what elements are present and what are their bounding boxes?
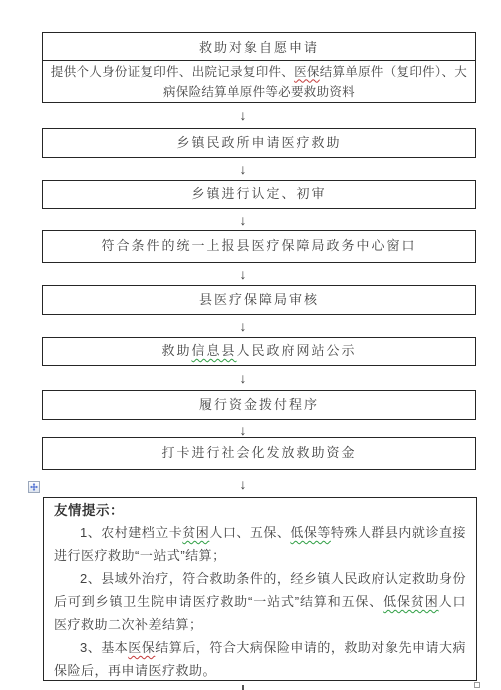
flow-step-text: 符合条件的统一上报县医疗保障局政务中心窗口 (101, 235, 416, 254)
flow-step-text: 救助对象自愿申请 (199, 37, 319, 56)
table-resize-handle[interactable] (474, 682, 480, 688)
flow-step-text: 提供个人身份证复印件、出院记录复印件、医保结算单原件（复印件）、大病保险结算单原… (46, 62, 472, 102)
down-arrow-icon: ↓ (236, 266, 250, 282)
flow-step-table: 救助对象自愿申请 提供个人身份证复印件、出院记录复印件、医保结算单原件（复印件）… (42, 32, 476, 103)
flow-step-county-bureau-audit: 县医疗保障局审核 (42, 285, 476, 315)
flow-step-provide-documents: 提供个人身份证复印件、出院记录复印件、医保结算单原件（复印件）、大病保险结算单原… (43, 61, 475, 102)
document-page: 救助对象自愿申请 提供个人身份证复印件、出院记录复印件、医保结算单原件（复印件）… (0, 0, 501, 690)
down-arrow-icon: ↓ (236, 422, 250, 438)
friendly-tip-item: 1、农村建档立卡贫困人口、五保、低保等特殊人群县内就诊直接进行医疗救助“一站式”… (54, 521, 466, 567)
flow-step-text: 救助信息县人民政府网站公示 (161, 340, 356, 359)
flow-step-report-to-county-bureau-window: 符合条件的统一上报县医疗保障局政务中心窗口 (42, 230, 476, 263)
down-arrow-icon: ↓ (236, 476, 250, 492)
down-arrow-icon: ↓ (236, 370, 250, 386)
flow-step-socialized-fund-distribution: 打卡进行社会化发放救助资金 (42, 437, 476, 470)
flow-step-voluntary-application: 救助对象自愿申请 (43, 33, 475, 61)
four-direction-arrow-icon (30, 483, 38, 491)
flow-step-township-review: 乡镇进行认定、初审 (42, 180, 476, 209)
flow-step-text: 履行资金拨付程序 (199, 394, 319, 413)
friendly-tip-item: 3、基本医保结算后，符合大病保险申请的，救助对象先申请大病保险后，再申请医疗救助… (54, 636, 466, 682)
flow-step-fund-allocation-procedure: 履行资金拨付程序 (42, 390, 476, 420)
down-arrow-icon (242, 685, 244, 690)
friendly-tip-item: 2、县域外治疗，符合救助条件的，经乡镇人民政府认定救助身份后可到乡镇卫生院申请医… (54, 567, 466, 636)
flow-step-township-civil-affairs-apply: 乡镇民政所申请医疗救助 (42, 128, 476, 158)
down-arrow-icon: ↓ (236, 212, 250, 228)
flow-step-text: 乡镇民政所申请医疗救助 (176, 132, 341, 151)
friendly-tips-title: 友情提示： (54, 501, 466, 521)
down-arrow-icon: ↓ (236, 161, 250, 177)
flow-step-text: 县医疗保障局审核 (199, 289, 319, 308)
flow-step-text: 乡镇进行认定、初审 (191, 183, 326, 202)
flow-step-government-website-publicity: 救助信息县人民政府网站公示 (42, 337, 476, 366)
down-arrow-icon: ↓ (236, 318, 250, 334)
flow-step-text: 打卡进行社会化发放救助资金 (161, 442, 356, 461)
friendly-tips-box: 友情提示： 1、农村建档立卡贫困人口、五保、低保等特殊人群县内就诊直接进行医疗救… (43, 497, 477, 681)
table-move-handle-icon[interactable] (28, 481, 40, 493)
down-arrow-icon: ↓ (236, 107, 250, 123)
